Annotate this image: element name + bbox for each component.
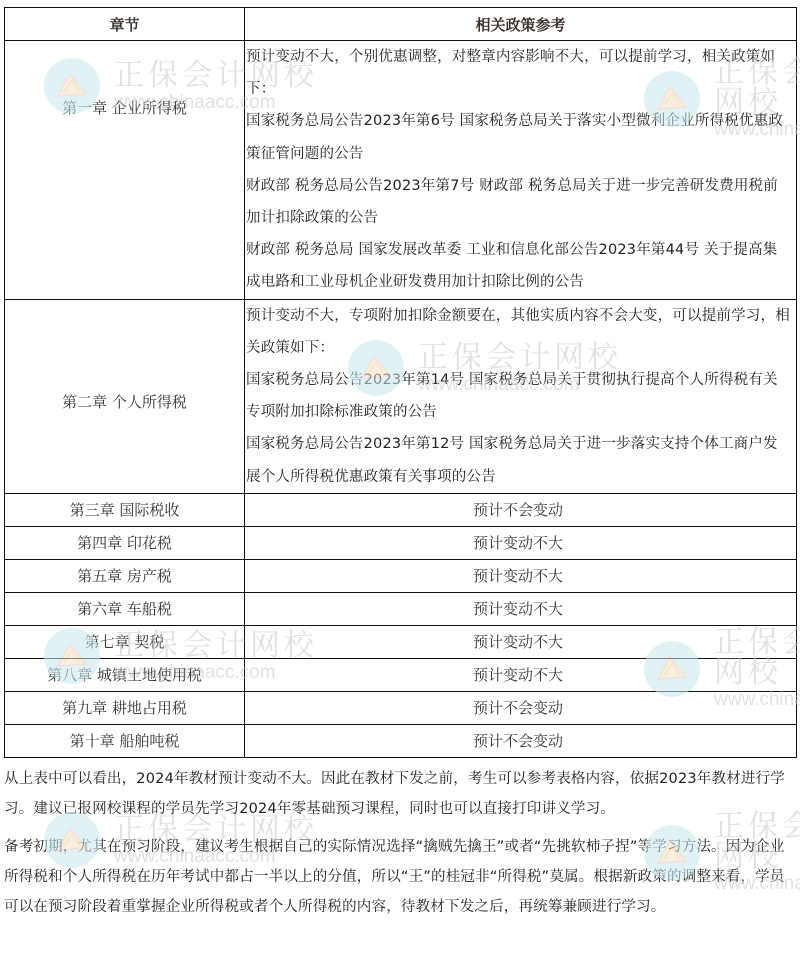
chapter-name: 第九章 耕地占用税: [5, 691, 245, 724]
table-row: 第七章 契税 预计变动不大: [5, 625, 797, 658]
policy-summary: 预计变动不大，个别优惠调整，对整章内容影响不大，可以提前学习，相关政策如下：: [246, 41, 792, 105]
chapter-name: 第六章 车船税: [5, 592, 245, 625]
policy-reference: 国家税务总局公告2023年第14号 国家税务总局关于贯彻执行提高个人所得税有关专…: [246, 364, 792, 428]
chapter-cell: 第一章 企业所得税: [5, 41, 245, 300]
table-row: 第五章 房产税 预计变动不大: [5, 559, 797, 592]
policy-reference: 财政部 税务总局公告2023年第7号 财政部 税务总局关于进一步完善研发费用税前…: [246, 170, 792, 234]
chapter-name: 第五章 房产税: [5, 559, 245, 592]
policy-cell: 预计变动不大，个别优惠调整，对整章内容影响不大，可以提前学习，相关政策如下： 国…: [245, 41, 797, 300]
table-row: 第九章 耕地占用税 预计不会变动: [5, 691, 797, 724]
table-row: 第一章 企业所得税 预计变动不大，个别优惠调整，对整章内容影响不大，可以提前学习…: [5, 41, 797, 300]
status-text: 预计不会变动: [245, 724, 797, 757]
status-text: 预计变动不大: [245, 559, 797, 592]
table-header-row: 章节 相关政策参考: [5, 8, 797, 41]
chapter-name: 第八章 城镇土地使用税: [5, 658, 245, 691]
chapter-name: 第七章 契税: [5, 625, 245, 658]
table-row: 第二章 个人所得税 预计变动不大，专项附加扣除金额要在，其他实质内容不会大变，可…: [5, 299, 797, 493]
chapter-name: 第一章 企业所得税: [5, 97, 244, 242]
chapter-name: 第十章 船舶吨税: [5, 724, 245, 757]
article-body: 从上表中可以看出，2024年教材预计变动不大。因此在教材下发之前，考生可以参考表…: [4, 765, 796, 929]
status-text: 预计变动不大: [245, 658, 797, 691]
table-row: 第三章 国际税收 预计不会变动: [5, 493, 797, 526]
policy-summary: 预计变动不大，专项附加扣除金额要在，其他实质内容不会大变，可以提前学习，相关政策…: [246, 300, 792, 364]
advice-paragraph: 备考初期，尤其在预习阶段，建议考生根据自己的实际情况选择“擒贼先擒王”或者“先挑…: [4, 833, 796, 922]
table-row: 第十章 船舶吨税 预计不会变动: [5, 724, 797, 757]
chapter-cell: 第二章 个人所得税: [5, 299, 245, 493]
policy-reference: 国家税务总局公告2023年第6号 国家税务总局关于落实小型微利企业所得税优惠政策…: [246, 105, 792, 169]
header-policy: 相关政策参考: [245, 8, 797, 41]
policy-cell: 预计变动不大，专项附加扣除金额要在，其他实质内容不会大变，可以提前学习，相关政策…: [245, 299, 797, 493]
table-row: 第八章 城镇土地使用税 预计变动不大: [5, 658, 797, 691]
chapter-name: 第三章 国际税收: [5, 493, 245, 526]
policy-table: 章节 相关政策参考 第一章 企业所得税 预计变动不大，个别优惠调整，对整章内容影…: [4, 7, 797, 758]
policy-reference: 国家税务总局公告2023年第12号 国家税务总局关于进一步落实支持个体工商户发展…: [246, 428, 792, 492]
table-row: 第四章 印花税 预计变动不大: [5, 526, 797, 559]
table-row: 第六章 车船税 预计变动不大: [5, 592, 797, 625]
policy-reference: 财政部 税务总局 国家发展改革委 工业和信息化部公告2023年第44号 关于提高…: [246, 234, 792, 298]
chapter-name: 第四章 印花税: [5, 526, 245, 559]
summary-paragraph: 从上表中可以看出，2024年教材预计变动不大。因此在教材下发之前，考生可以参考表…: [4, 765, 796, 824]
status-text: 预计变动不大: [245, 592, 797, 625]
status-text: 预计不会变动: [245, 691, 797, 724]
header-chapter: 章节: [5, 8, 245, 41]
status-text: 预计不会变动: [245, 493, 797, 526]
chapter-name: 第二章 个人所得税: [5, 381, 244, 412]
status-text: 预计变动不大: [245, 625, 797, 658]
status-text: 预计变动不大: [245, 526, 797, 559]
